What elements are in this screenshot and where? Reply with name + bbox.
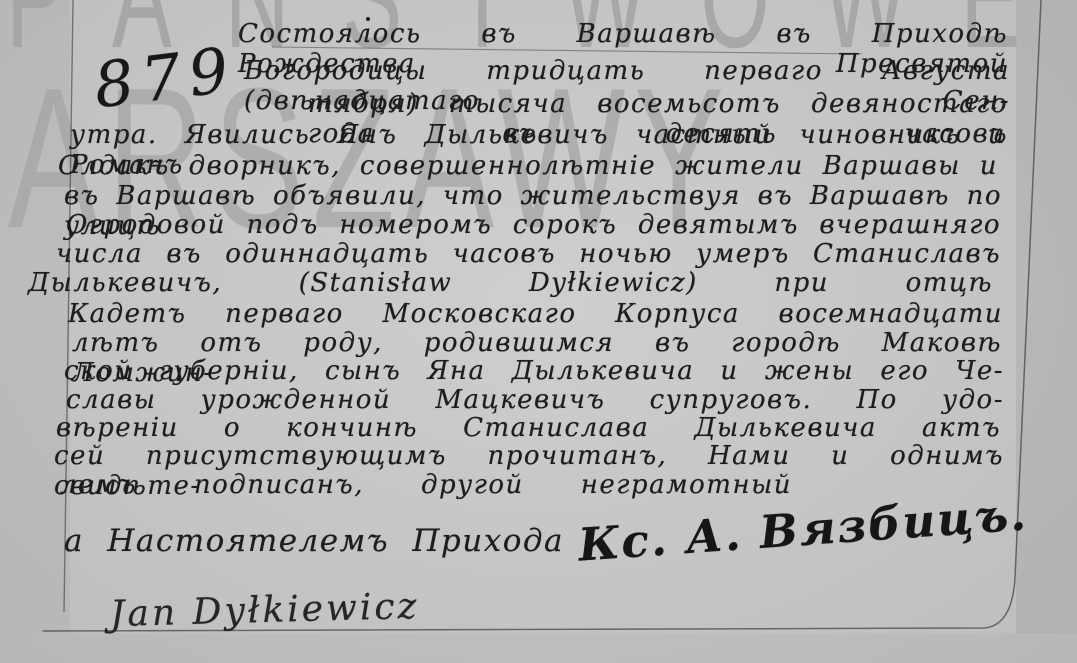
manuscript-closing-line: а Настоятелемъ Прихода bbox=[64, 524, 564, 558]
manuscript-line: тября) тысяча восемьсотъ девяностаго год… bbox=[308, 90, 1008, 124]
manuscript-line: Дылькевичъ, (Stanisław Dyłkiewicz) при о… bbox=[28, 269, 993, 303]
scanned-document-page: PAŃSTWOWE ARSZAWY 879 Состоялось въ Варш… bbox=[0, 0, 1077, 663]
manuscript-line: Богородицы тридцать перваго Августа (двѣ… bbox=[244, 57, 1010, 91]
manuscript-line: Состоялось въ Варшавѣ въ Приходѣ Рождест… bbox=[238, 20, 1008, 54]
manuscript-line: лемъ подписанъ, другой неграмотный bbox=[60, 471, 792, 505]
manuscript-line: утра. Явились Янъ Дылькевичъ частный чин… bbox=[70, 121, 1006, 155]
registrant-signature: Jan Dyłkiewicz bbox=[110, 586, 420, 635]
